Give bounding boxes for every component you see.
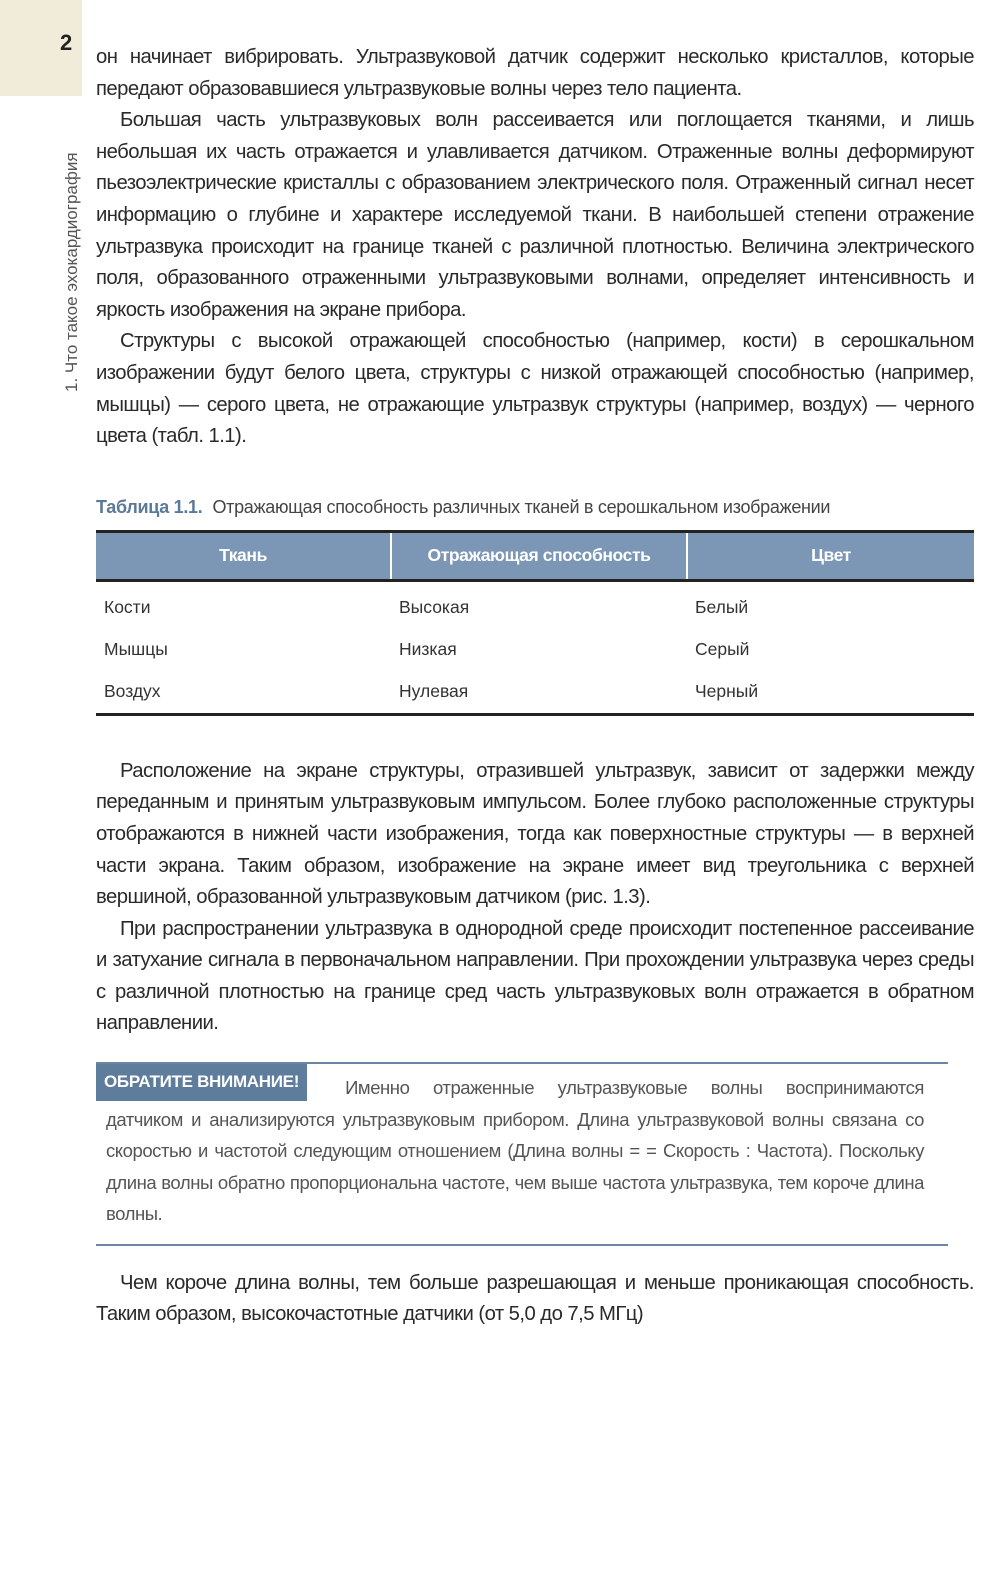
- table-cell: Белый: [687, 580, 974, 629]
- page-number-box: 2: [0, 0, 82, 96]
- paragraph: При распространении ультразвука в одноро…: [96, 914, 974, 1040]
- after-note-block: Чем короче длина волны, тем больше разре…: [96, 1268, 974, 1331]
- table-row: Мышцы Низкая Серый: [96, 629, 974, 671]
- table-header-row: Ткань Отражающая способность Цвет: [96, 531, 974, 580]
- paragraph: он начинает вибрировать. Ультразвуковой …: [96, 42, 974, 105]
- attention-badge: ОБРАТИТЕ ВНИМАНИЕ!: [96, 1064, 307, 1101]
- running-head: 1. Что такое эхокардиография: [62, 152, 82, 392]
- attention-note: ОБРАТИТЕ ВНИМАНИЕ!Именно отраженные ульт…: [96, 1062, 948, 1246]
- attention-note-body: ОБРАТИТЕ ВНИМАНИЕ!Именно отраженные ульт…: [106, 1072, 924, 1230]
- table-cell: Нулевая: [391, 671, 687, 715]
- page-content: он начинает вибрировать. Ультразвуковой …: [96, 42, 974, 1331]
- table-cell: Воздух: [96, 671, 391, 715]
- spacer: [96, 716, 974, 756]
- table-cell: Низкая: [391, 629, 687, 671]
- paragraph: Чем короче длина волны, тем больше разре…: [96, 1268, 974, 1331]
- paragraph: Расположение на экране структуры, отрази…: [96, 756, 974, 914]
- table-caption: Таблица 1.1. Отражающая способность разл…: [96, 493, 974, 522]
- paragraph: Большая часть ультразвуковых волн рассеи…: [96, 105, 974, 326]
- column-header-color: Цвет: [687, 531, 974, 580]
- tissue-reflectivity-table: Ткань Отражающая способность Цвет Кости …: [96, 530, 974, 716]
- paragraph: Структуры с высокой отражающей способнос…: [96, 326, 974, 452]
- table-cell: Мышцы: [96, 629, 391, 671]
- column-header-reflectivity: Отражающая способность: [391, 531, 687, 580]
- column-header-tissue: Ткань: [96, 531, 391, 580]
- table-row: Кости Высокая Белый: [96, 580, 974, 629]
- table-cell: Кости: [96, 580, 391, 629]
- table-cell: Высокая: [391, 580, 687, 629]
- table-caption-text: Отражающая способность различных тканей …: [212, 493, 974, 522]
- page-number: 2: [60, 30, 72, 56]
- table-caption-label: Таблица 1.1.: [96, 493, 202, 522]
- table-cell: Серый: [687, 629, 974, 671]
- table-row: Воздух Нулевая Черный: [96, 671, 974, 715]
- table-cell: Черный: [687, 671, 974, 715]
